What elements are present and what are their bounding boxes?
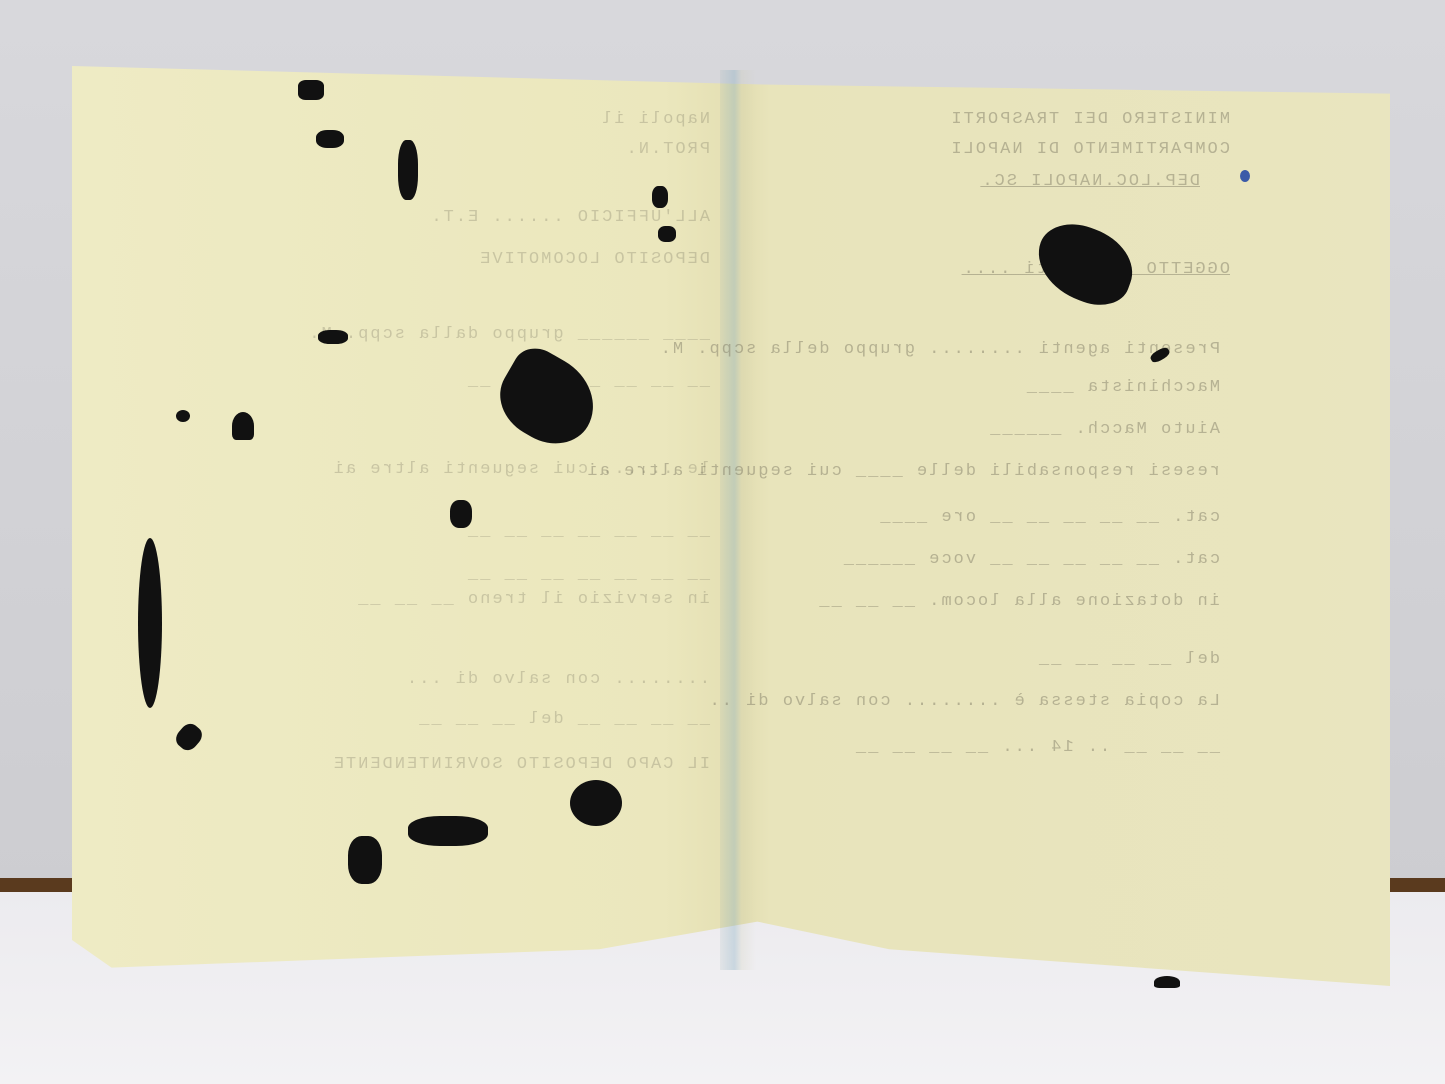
header-line: DEP.LOC.NAPOLI SC.: [980, 172, 1200, 191]
ink-blot: [318, 330, 348, 344]
ink-blot: [658, 226, 676, 242]
body-line: ........ con salvo di ...: [405, 670, 710, 689]
ink-blot: [450, 500, 472, 528]
body-line: __ __ __ .. 14 ... __ __ __ __: [854, 738, 1220, 757]
ink-blot: [298, 80, 324, 100]
body-line: in servizio il treno __ __ __: [356, 590, 710, 609]
body-line: DEPOSITO LOCOMOTIVE: [478, 250, 710, 269]
ink-blot: [1154, 976, 1180, 988]
body-line: in dotazione alla locom. __ __ __: [817, 592, 1220, 611]
body-line: ____ ______ gruppo dalla scpp. M.: [307, 325, 710, 344]
body-line: cat. __ __ __ __ __ voce ______: [842, 550, 1220, 569]
ink-blot: [316, 130, 344, 148]
body-line: del __ __ __ __: [1037, 650, 1220, 669]
body-line: le ...... cui seguenti altre ai: [332, 460, 710, 479]
body-line: Macchinista ____: [1025, 378, 1220, 397]
right-page-text: MINISTERO DEI TRASPORTI COMPARTIMENTO DI…: [760, 110, 1240, 810]
body-line: Presenti agenti ........ gruppo della sc…: [659, 340, 1220, 359]
ink-blot: [232, 412, 254, 440]
body-line: ALL'UFFICIO ...... E.T.: [429, 208, 710, 227]
blue-ink-mark: [1240, 170, 1250, 182]
left-page-text: Napoli il PROT.N. ALL'UFFICIO ...... E.T…: [200, 110, 720, 810]
body-line: __ __ __ __ __ __ __: [466, 565, 710, 584]
body-line: La copia stessa è ........ con salvo di …: [708, 692, 1220, 711]
body-line: IL CAPO DEPOSITO SOVRINTENDENTE: [332, 755, 710, 774]
header-line: COMPARTIMENTO DI NAPOLI: [949, 140, 1230, 159]
ink-blot: [408, 816, 488, 846]
header-line: PROT.N.: [625, 140, 710, 159]
ink-blot: [398, 140, 418, 200]
page-fold: [720, 70, 756, 970]
header-line: Napoli il: [600, 110, 710, 129]
body-line: Aiuto Macch. ______: [988, 420, 1220, 439]
ink-blot: [176, 410, 190, 422]
ink-blot: [652, 186, 668, 208]
header-line: MINISTERO DEI TRASPORTI: [949, 110, 1230, 129]
ink-blot: [570, 780, 622, 826]
ink-blot: [138, 538, 162, 708]
body-line: cat. __ __ __ __ __ ore ____: [878, 508, 1220, 527]
ink-blot: [348, 836, 382, 884]
body-line: __ __ __ __ __ __ __: [466, 522, 710, 541]
body-line: __ __ __ __ del __ __ __: [417, 710, 710, 729]
